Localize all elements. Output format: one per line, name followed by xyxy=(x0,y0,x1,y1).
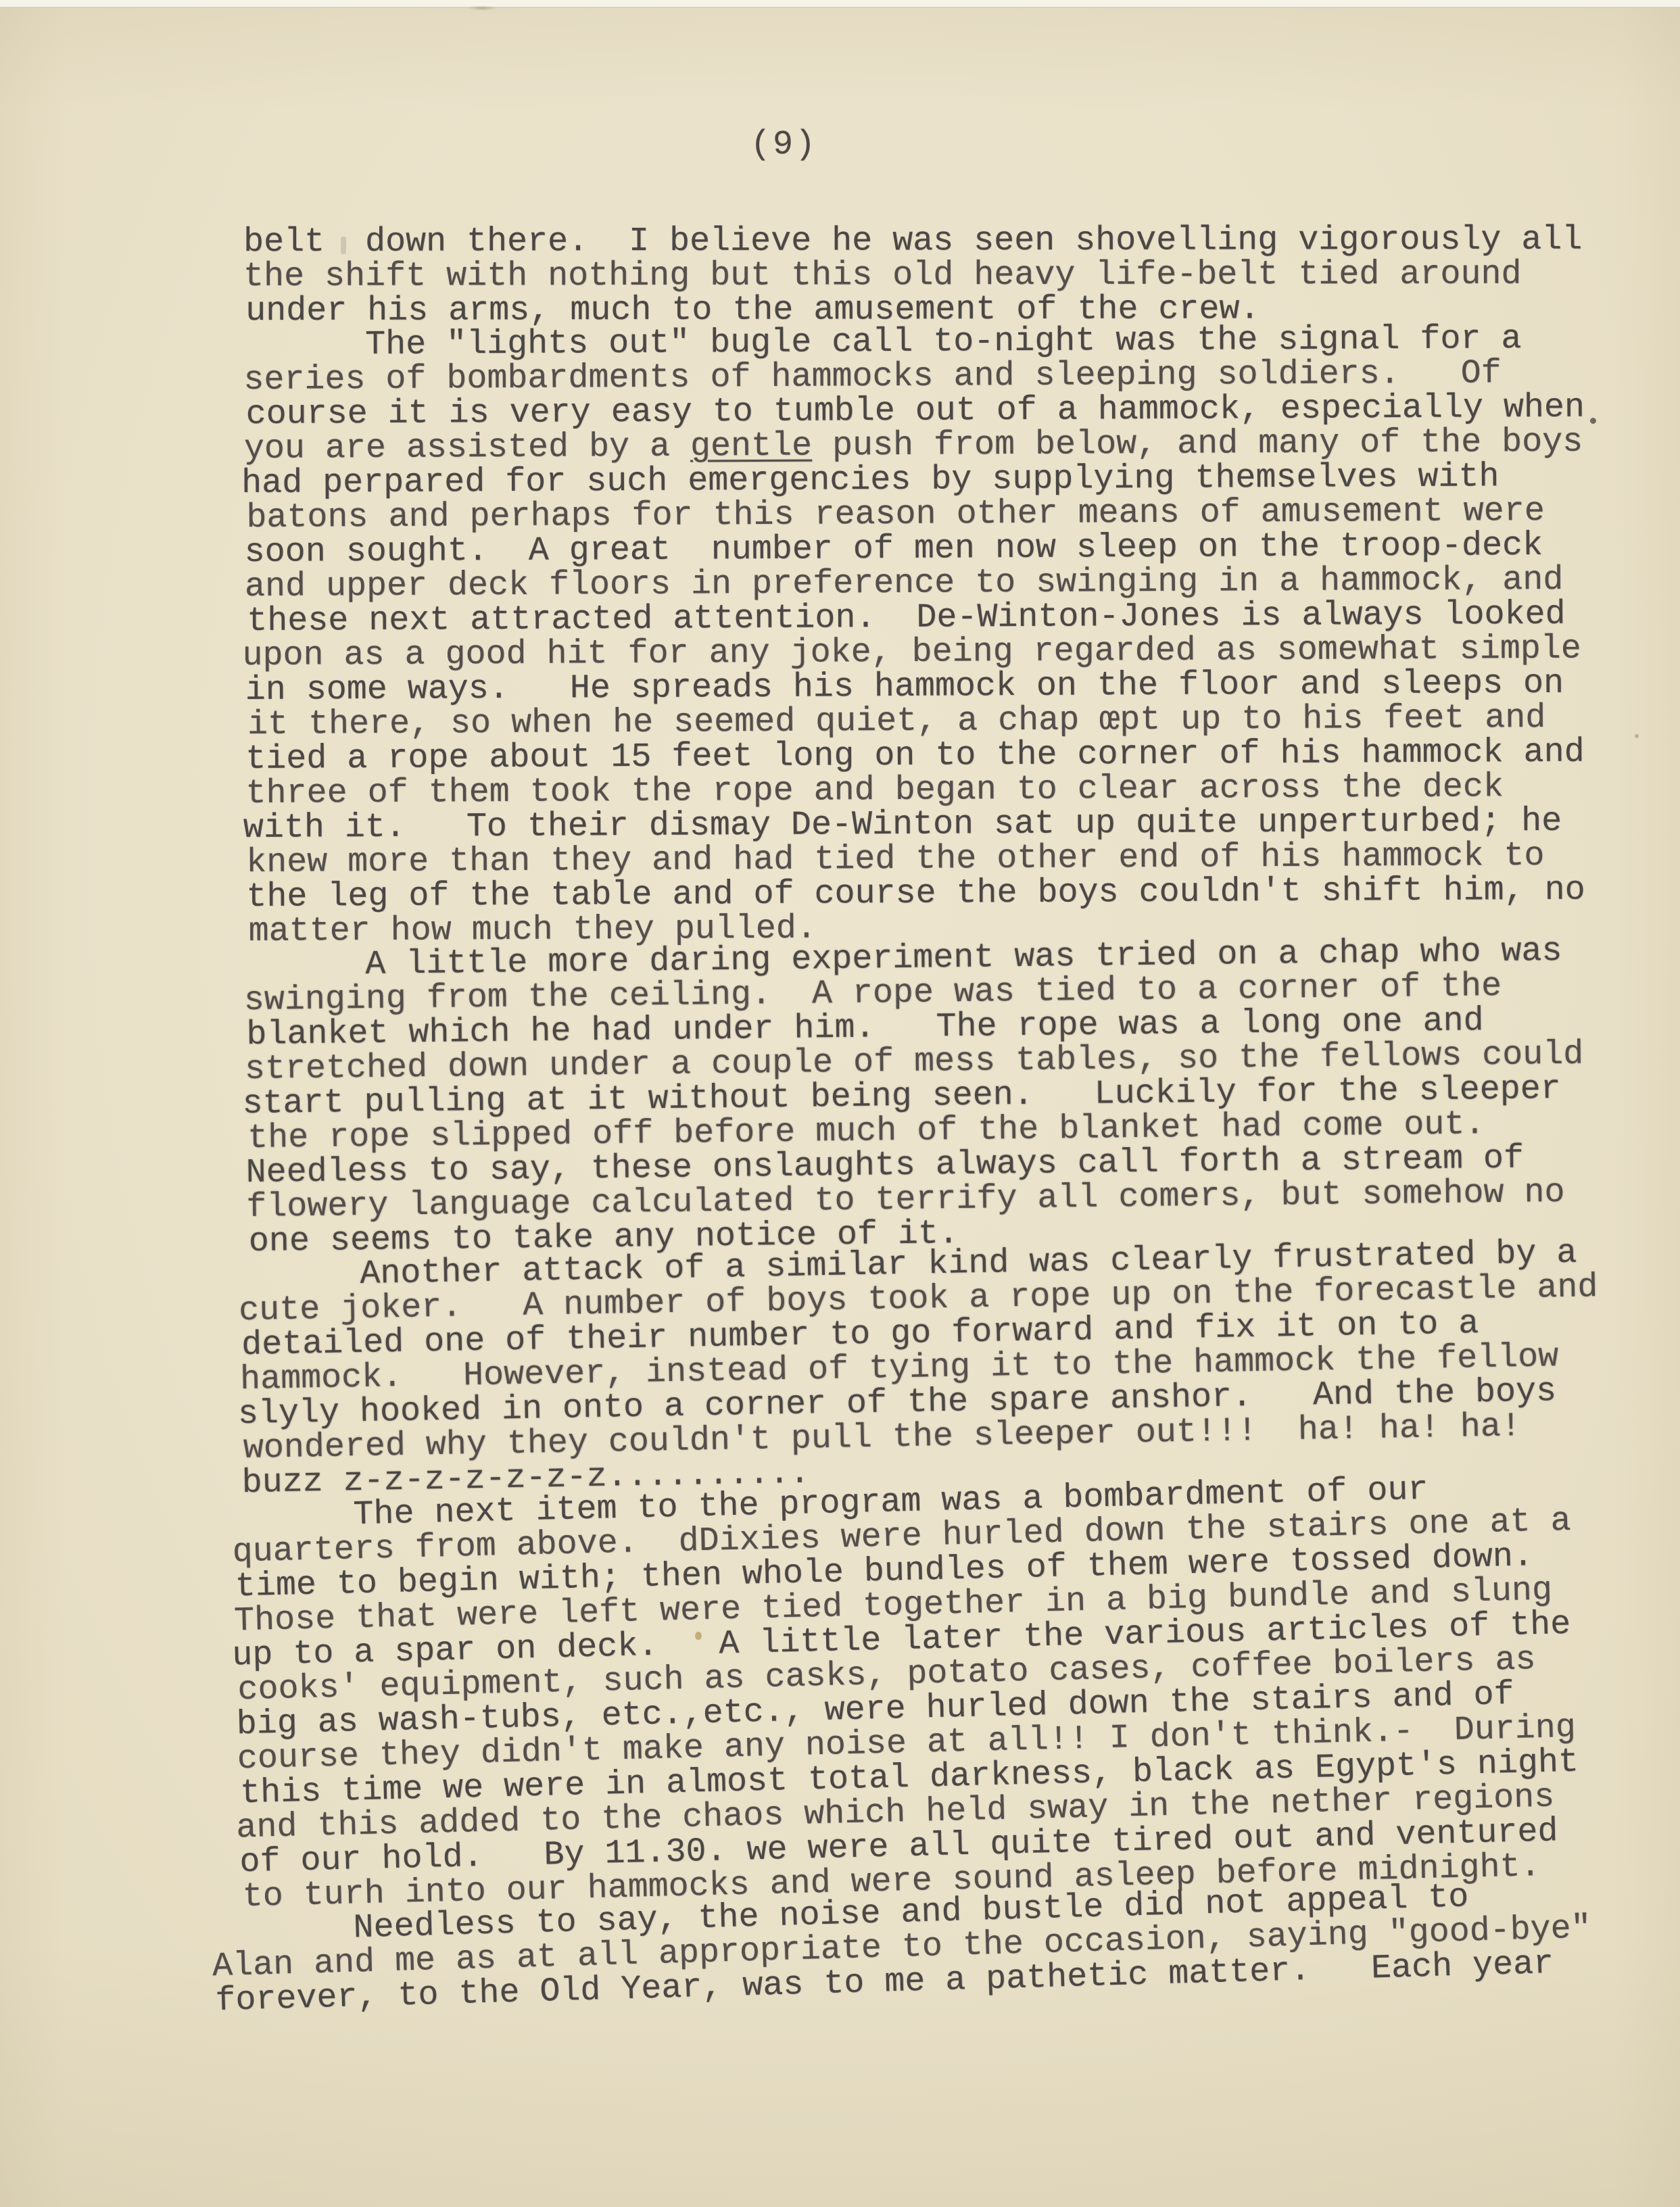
text-line: belt down there. I believe he was seen s… xyxy=(243,223,1595,260)
scan-edge xyxy=(0,0,1680,8)
ink-speck xyxy=(341,237,346,254)
paragraph: The "lights out" bugle call to-night was… xyxy=(243,322,1599,949)
paragraph: Another attack of a similar kind was cle… xyxy=(238,1236,1594,1501)
paragraph: A little more daring experiment was trie… xyxy=(243,933,1599,1259)
ink-speck xyxy=(695,1632,702,1640)
paragraph: The next item to the program was a bomba… xyxy=(231,1469,1593,1914)
text-line: course it is very easy to tumble out of … xyxy=(246,391,1598,432)
ink-speck xyxy=(1635,734,1639,738)
document-page: (9) belt down there. I believe he was se… xyxy=(0,0,1680,2207)
scan-dent xyxy=(466,5,498,11)
page-number: (9) xyxy=(750,126,817,164)
text-line: the shift with nothing but this old heav… xyxy=(243,258,1595,294)
text-line: upon as a good hit for any joke, being r… xyxy=(242,632,1594,673)
text-line: it there, so when he seemed quiet, a cha… xyxy=(247,701,1600,742)
document-body: belt down there. I believe he was seen s… xyxy=(243,225,1595,2018)
ink-speck xyxy=(1590,418,1596,424)
text-line: batons and perhaps for this reason other… xyxy=(246,494,1598,535)
paragraph: belt down there. I believe he was seen s… xyxy=(243,223,1595,329)
text-line: with it. To their dismay De-Winton sat u… xyxy=(243,804,1595,846)
